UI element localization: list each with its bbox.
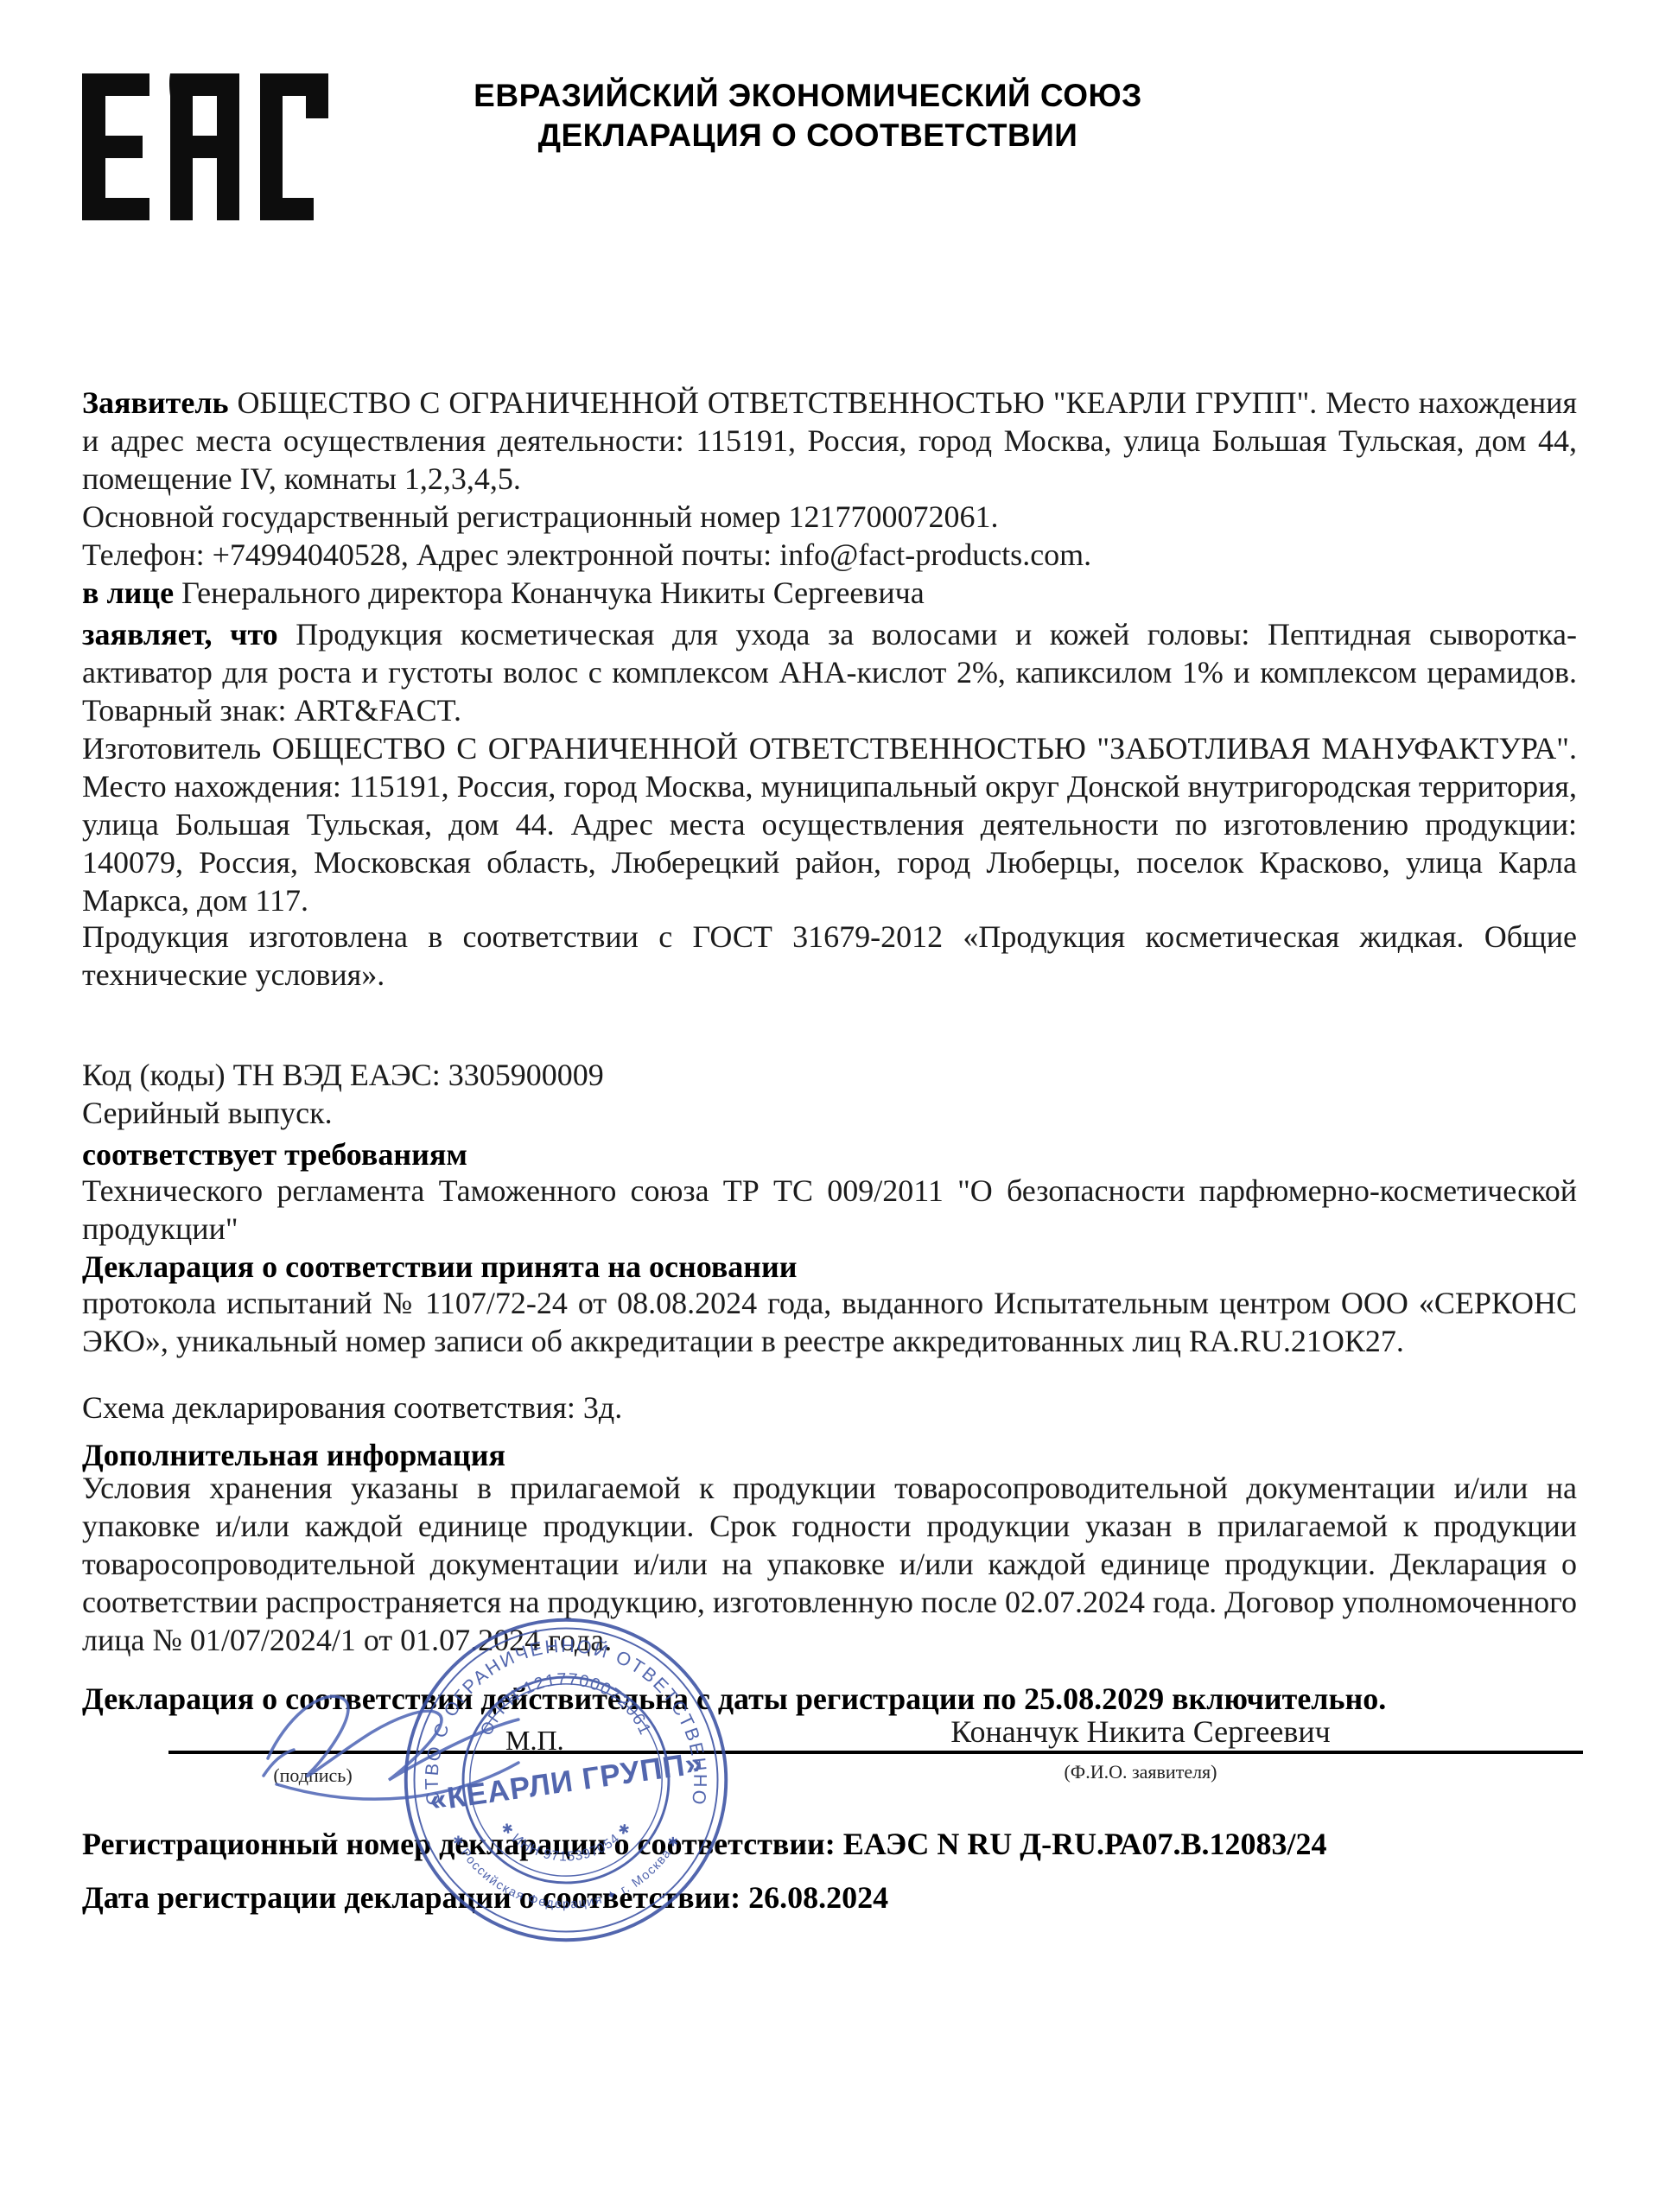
applicant-contact-line: Телефон: +74994040528, Адрес электронной… [82,536,1577,574]
declaration-document: ЕВРАЗИЙСКИЙ ЭКОНОМИЧЕСКИЙ СОЮЗ ДЕКЛАРАЦИ… [0,0,1659,2212]
person-label: в лице [82,575,174,610]
tnved-line: Код (коды) ТН ВЭД ЕАЭС: 3305900009 [82,1056,1577,1094]
handwritten-signature [242,1668,553,1819]
stamp-outer-bottom-text: ✱ Российская Федерация ✦ г. Москва ✱ [448,1833,683,1911]
basis-text: протокола испытаний № 1107/72-24 от 08.0… [82,1284,1577,1360]
stamp-inn-text: ✱ ИНН 9715397054 ✱ [498,1820,635,1864]
gost-paragraph: Продукция изготовлена в соответствии с Г… [82,918,1577,994]
applicant-fio: Конанчук Никита Сергеевич [864,1713,1417,1750]
applicant-text: ОБЩЕСТВО С ОГРАНИЧЕННОЙ ОТВЕТСТВЕННОСТЬЮ… [82,385,1577,496]
applicant-person-line: в лице Генерального директора Конанчука … [82,574,1577,612]
document-title-line2: ДЕКЛАРАЦИЯ О СООТВЕТСТВИИ [346,116,1270,156]
person-text: Генерального директора Конанчука Никиты … [181,575,925,610]
eac-logo [82,73,328,225]
compliance-heading: соответствует требованиям [82,1135,1577,1173]
applicant-paragraph: Заявитель ОБЩЕСТВО С ОГРАНИЧЕННОЙ ОТВЕТС… [82,384,1577,498]
declares-label: заявляет, что [82,617,278,652]
applicant-ogrn-line: Основной государственный регистрационный… [82,498,1577,536]
basis-heading: Декларация о соответствии принята на осн… [82,1248,1577,1286]
declares-paragraph: заявляет, что Продукция косметическая дл… [82,615,1577,729]
document-title-line1: ЕВРАЗИЙСКИЙ ЭКОНОМИЧЕСКИЙ СОЮЗ [346,76,1270,116]
serial-line: Серийный выпуск. [82,1094,1577,1132]
fio-caption: (Ф.И.О. заявителя) [968,1761,1313,1783]
signature-stroke-icon [242,1668,553,1815]
compliance-text: Технического регламента Таможенного союз… [82,1172,1577,1248]
eac-logo-icon [82,73,328,220]
registration-number-line: Регистрационный номер декларации о соотв… [82,1825,1577,1863]
declares-text: Продукция косметическая для ухода за вол… [82,617,1577,728]
scheme-line: Схема декларирования соответствия: 3д. [82,1389,1577,1427]
manufacturer-paragraph: Изготовитель ОБЩЕСТВО С ОГРАНИЧЕННОЙ ОТВ… [82,729,1577,919]
registration-date-line: Дата регистрации декларации о соответств… [82,1878,1577,1916]
applicant-label: Заявитель [82,385,229,420]
additional-text: Условия хранения указаны в прилагаемой к… [82,1469,1577,1659]
